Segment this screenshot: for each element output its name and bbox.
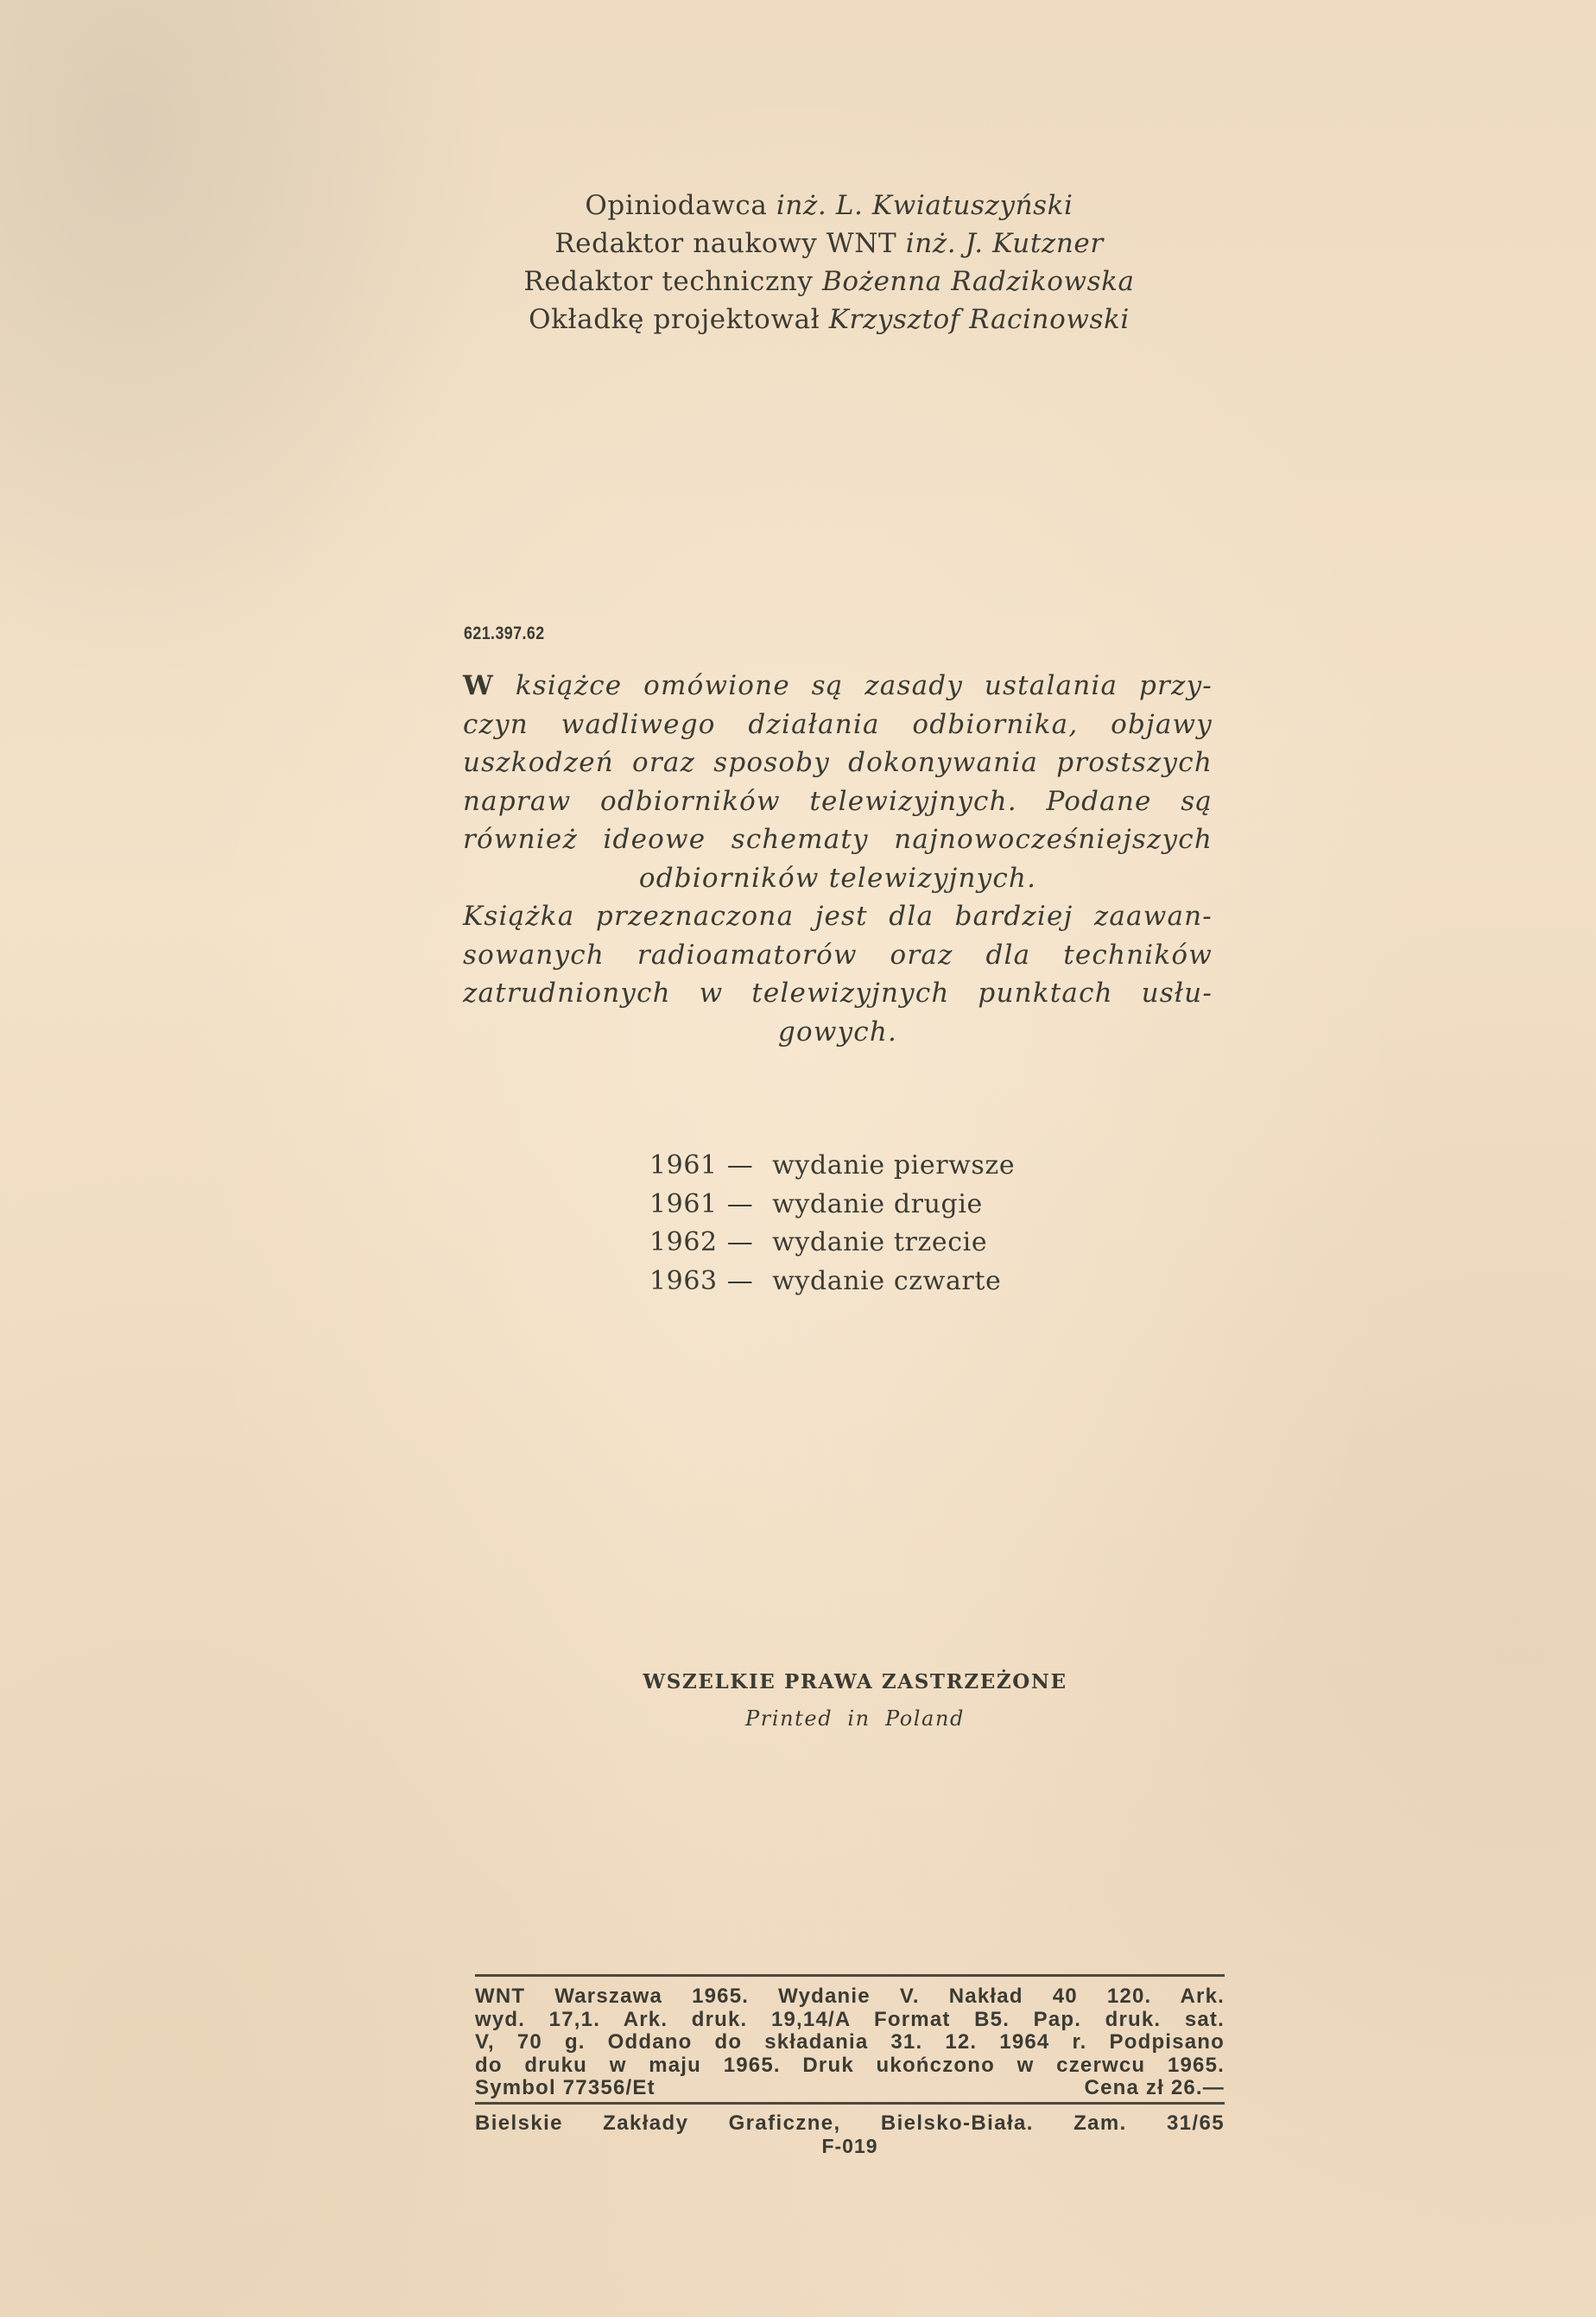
price: Cena zł 26.— bbox=[1085, 2077, 1225, 2100]
description-line: odbiorników telewizyjnych. bbox=[463, 859, 1213, 898]
description-line: sowanych radioamatorów oraz dla technikó… bbox=[463, 936, 1213, 975]
catalog-symbol: Symbol 77356/Et bbox=[475, 2077, 655, 2100]
printer-info: Bielskie Zakłady Graficzne, Bielsko-Biał… bbox=[475, 2111, 1225, 2135]
imprint-line: do druku w maju 1965. Druk ukończono w c… bbox=[475, 2054, 1225, 2078]
edition-row: 1961— wydanie drugie bbox=[649, 1186, 1015, 1225]
credit-line: Redaktor techniczny Bożenna Radzikowska bbox=[484, 263, 1175, 301]
credit-line: Redaktor naukowy WNT inż. J. Kutzner bbox=[484, 225, 1175, 263]
edition-year: 1962 bbox=[649, 1224, 717, 1263]
description-line: również ideowe schematy najnowocześniejs… bbox=[463, 820, 1213, 859]
edition-dash: — bbox=[717, 1224, 763, 1263]
description-line: napraw odbiorników telewizyjnych. Podane… bbox=[463, 782, 1213, 821]
printed-in: Printed in Poland bbox=[570, 1703, 1140, 1734]
printing-imprint: WNT Warszawa 1965. Wydanie V. Nakład 40 … bbox=[475, 1974, 1225, 2158]
imprint-top-rule bbox=[475, 1974, 1225, 1977]
credits-block: Opiniodawca inż. L. Kwiatuszyński Redakt… bbox=[484, 187, 1175, 339]
edition-label: wydanie czwarte bbox=[772, 1266, 1001, 1296]
description-line: zatrudnionych w telewizyjnych punktach u… bbox=[463, 974, 1213, 1013]
description-line: czyn wadliwego działania odbiornika, obj… bbox=[463, 706, 1213, 744]
credit-name: inż. J. Kutzner bbox=[906, 228, 1104, 259]
credit-name: inż. L. Kwiatuszyński bbox=[776, 190, 1073, 221]
colophon-page: ​ Opiniodawca inż. L. Kwiatuszyński Reda… bbox=[0, 0, 1596, 2317]
edition-label: wydanie drugie bbox=[772, 1189, 983, 1219]
description-line: uszkodzeń oraz sposoby dokonywania prost… bbox=[463, 744, 1213, 782]
credit-role: Opiniodawca bbox=[585, 190, 767, 221]
credit-role: Okładkę projektował bbox=[529, 304, 820, 335]
edition-year: 1961 bbox=[649, 1147, 717, 1186]
imprint-symbol-price-row: Symbol 77356/Et Cena zł 26.— bbox=[475, 2077, 1225, 2100]
rights-notice: WSZELKIE PRAWA ZASTRZEŻONE Printed in Po… bbox=[570, 1667, 1140, 1734]
credit-role: Redaktor techniczny bbox=[523, 266, 813, 297]
description-line: gowych. bbox=[463, 1013, 1213, 1052]
credit-line: Okładkę projektował Krzysztof Racinowski bbox=[484, 301, 1175, 339]
edition-history: 1961— wydanie pierwsze 1961— wydanie dru… bbox=[649, 1147, 1015, 1301]
edition-dash: — bbox=[717, 1263, 763, 1301]
credit-name: Krzysztof Racinowski bbox=[829, 304, 1130, 335]
show-through-texture: ​ bbox=[363, 505, 1313, 608]
edition-year: 1961 bbox=[649, 1186, 717, 1225]
udc-classification-number: 621.397.62 bbox=[464, 624, 545, 644]
imprint-line: wyd. 17,1. Ark. druk. 19,14/A Format B5.… bbox=[475, 2009, 1225, 2032]
credit-name: Bożenna Radzikowska bbox=[822, 266, 1135, 297]
edition-label: wydanie pierwsze bbox=[772, 1150, 1015, 1181]
imprint-details: WNT Warszawa 1965. Wydanie V. Nakład 40 … bbox=[475, 1985, 1225, 2077]
credit-role: Redaktor naukowy WNT bbox=[554, 228, 896, 259]
print-order-code: F-019 bbox=[475, 2135, 1225, 2158]
imprint-line: WNT Warszawa 1965. Wydanie V. Nakład 40 … bbox=[475, 1985, 1225, 2009]
edition-row: 1963— wydanie czwarte bbox=[649, 1263, 1015, 1301]
description-line: W książce omówione są zasady ustalania p… bbox=[463, 667, 1213, 706]
imprint-bottom-rule bbox=[475, 2102, 1225, 2105]
description-lead-letter: W bbox=[463, 670, 494, 701]
all-rights-reserved: WSZELKIE PRAWA ZASTRZEŻONE bbox=[570, 1667, 1140, 1698]
edition-dash: — bbox=[717, 1186, 763, 1225]
description-line: Książka przeznaczona jest dla bardziej z… bbox=[463, 897, 1213, 936]
edition-row: 1962— wydanie trzecie bbox=[649, 1224, 1015, 1263]
imprint-line: V, 70 g. Oddano do składania 31. 12. 196… bbox=[475, 2031, 1225, 2054]
edition-row: 1961— wydanie pierwsze bbox=[649, 1147, 1015, 1186]
edition-dash: — bbox=[717, 1147, 763, 1186]
book-description: W książce omówione są zasady ustalania p… bbox=[463, 667, 1213, 1051]
edition-label: wydanie trzecie bbox=[772, 1227, 987, 1257]
edition-year: 1963 bbox=[649, 1263, 717, 1301]
credit-line: Opiniodawca inż. L. Kwiatuszyński bbox=[484, 187, 1175, 225]
